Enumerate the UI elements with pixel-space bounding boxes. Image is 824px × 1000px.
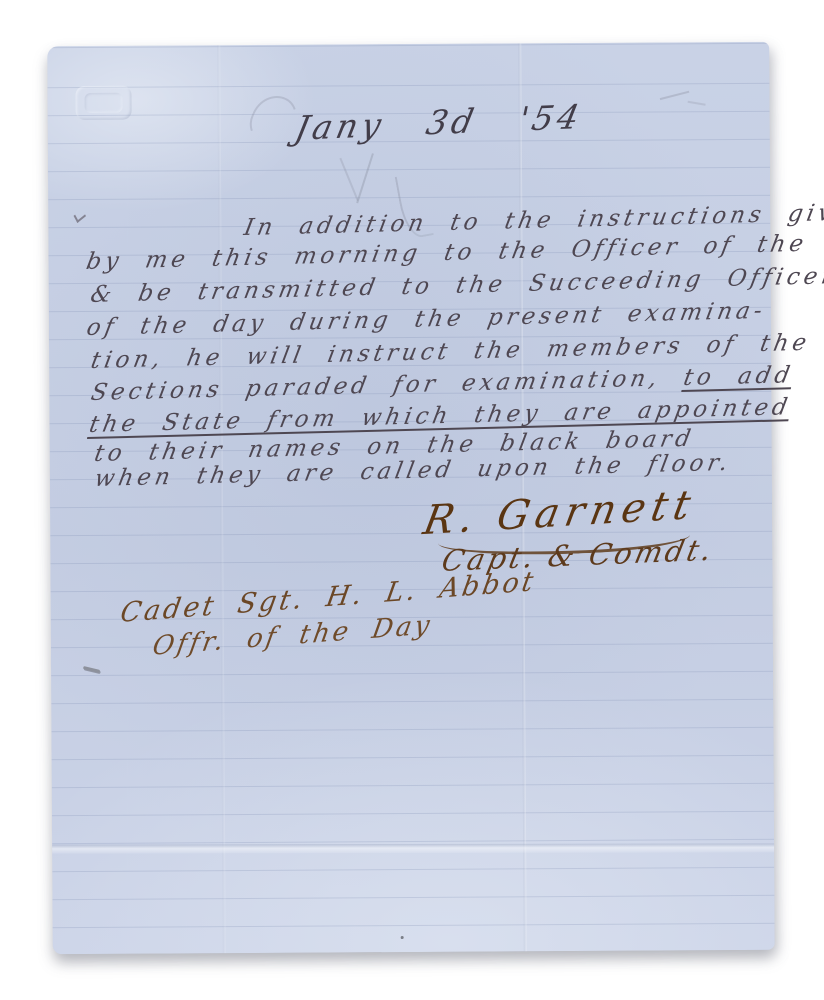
scan-background: Jany 3d '54 In addition to the instructi…	[0, 0, 824, 1000]
letter-paper: Jany 3d '54 In addition to the instructi…	[47, 42, 775, 954]
pencil-dot-mark	[401, 936, 404, 939]
horizontal-fold-crease	[52, 843, 774, 853]
embossed-stationery-stamp	[75, 86, 131, 120]
embossed-stamp-inner	[85, 93, 123, 113]
body-line-6-underlined-text: to add	[681, 362, 795, 391]
